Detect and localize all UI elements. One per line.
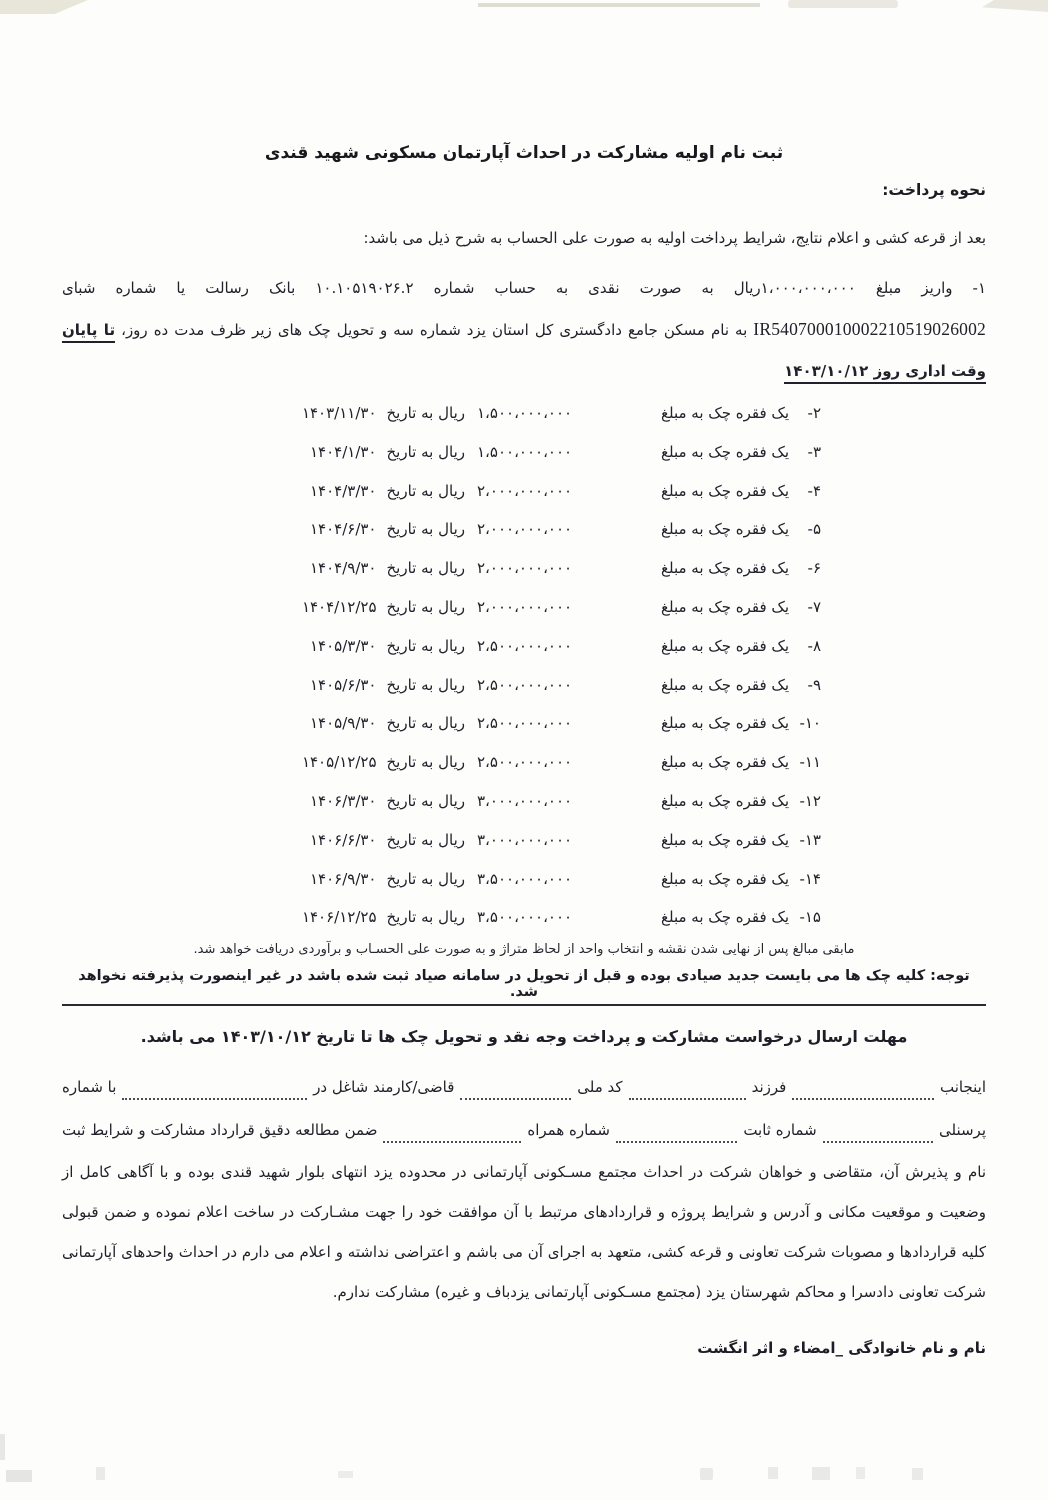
check-row: ۷- یک فقره چک به مبلغ ۲،۰۰۰،۰۰۰،۰۰۰ ریال…: [62, 588, 821, 627]
scan-artifact: [912, 1468, 923, 1480]
check-amount: ۳،۵۰۰،۰۰۰،۰۰۰: [477, 898, 627, 937]
scan-artifact: [478, 3, 760, 7]
check-amount: ۲،۰۰۰،۰۰۰،۰۰۰: [477, 472, 627, 511]
check-amount: ۳،۰۰۰،۰۰۰،۰۰۰: [477, 782, 627, 821]
check-date: ۱۴۰۶/۶/۳۰: [310, 821, 377, 860]
form-line-2: پرسنلی شماره ثابت شماره همراه ضمن مطالعه…: [62, 1109, 986, 1152]
form-line-1: اینجانب فرزند کد ملی قاضی/کارمند شاغل در…: [62, 1066, 986, 1109]
check-label: یک فقره چک به مبلغ: [661, 472, 789, 511]
check-amount: ۱،۵۰۰،۰۰۰،۰۰۰: [477, 433, 627, 472]
check-rial-label: ریال به تاریخ: [387, 627, 466, 666]
check-date: ۱۴۰۶/۹/۳۰: [310, 860, 377, 899]
item1-text-after-iban: به نام مسکن جامع دادگستری کل استان یزد ش…: [115, 321, 753, 339]
check-number: ۵-: [789, 510, 821, 549]
note-remainder: مابقی مبالغ پس از نهایی شدن نقشه و انتخا…: [62, 942, 986, 957]
check-date: ۱۴۰۵/۳/۳۰: [310, 627, 377, 666]
check-row: ۴- یک فقره چک به مبلغ ۲،۰۰۰،۰۰۰،۰۰۰ ریال…: [62, 472, 821, 511]
field-applicant-name: [792, 1086, 934, 1100]
check-date: ۱۴۰۴/۱۲/۲۵: [302, 588, 377, 627]
scan-artifact: [768, 1467, 778, 1479]
landline-label: شماره ثابت: [743, 1109, 816, 1152]
check-rial-label: ریال به تاریخ: [387, 898, 466, 937]
scan-artifact: [0, 1434, 5, 1460]
check-row: ۱۰- یک فقره چک به مبلغ ۲،۵۰۰،۰۰۰،۰۰۰ ریا…: [62, 704, 821, 743]
check-list: ۲- یک فقره چک به مبلغ ۱،۵۰۰،۰۰۰،۰۰۰ ریال…: [62, 394, 821, 937]
check-date: ۱۴۰۳/۱۱/۳۰: [302, 394, 377, 433]
national-id-label: کد ملی: [577, 1066, 622, 1109]
check-row: ۵- یک فقره چک به مبلغ ۲،۰۰۰،۰۰۰،۰۰۰ ریال…: [62, 510, 821, 549]
check-row: ۲- یک فقره چک به مبلغ ۱،۵۰۰،۰۰۰،۰۰۰ ریال…: [62, 394, 821, 433]
check-label: یک فقره چک به مبلغ: [661, 510, 789, 549]
field-landline-number: [616, 1129, 737, 1143]
check-rial-label: ریال به تاریخ: [387, 860, 466, 899]
signature-line: نام و نام خانوادگی _امضاء و اثر انگشت: [62, 1339, 986, 1357]
check-rial-label: ریال به تاریخ: [387, 510, 466, 549]
field-workplace: [122, 1086, 307, 1100]
payment-method-heading: نحوه پرداخت:: [62, 181, 986, 199]
check-row: ۳- یک فقره چک به مبلغ ۱،۵۰۰،۰۰۰،۰۰۰ ریال…: [62, 433, 821, 472]
check-label: یک فقره چک به مبلغ: [661, 898, 789, 937]
check-rial-label: ریال به تاریخ: [387, 472, 466, 511]
check-amount: ۳،۰۰۰،۰۰۰،۰۰۰: [477, 821, 627, 860]
check-rial-label: ریال به تاریخ: [387, 394, 466, 433]
check-number: ۲-: [789, 394, 821, 433]
applicant-label: اینجانب: [940, 1066, 986, 1109]
check-amount: ۱،۵۰۰،۰۰۰،۰۰۰: [477, 394, 627, 433]
check-number: ۴-: [789, 472, 821, 511]
check-amount: ۲،۰۰۰،۰۰۰،۰۰۰: [477, 588, 627, 627]
check-label: یک فقره چک به مبلغ: [661, 743, 789, 782]
check-row: ۹- یک فقره چک به مبلغ ۲،۵۰۰،۰۰۰،۰۰۰ ریال…: [62, 666, 821, 705]
check-label: یک فقره چک به مبلغ: [661, 588, 789, 627]
check-label: یک فقره چک به مبلغ: [661, 433, 789, 472]
check-number: ۳-: [789, 433, 821, 472]
check-amount: ۳،۵۰۰،۰۰۰،۰۰۰: [477, 860, 627, 899]
check-label: یک فقره چک به مبلغ: [661, 782, 789, 821]
scan-artifact: [788, 0, 898, 8]
iban-number: IR540700010002210519026002: [753, 309, 986, 350]
note-attention: توجه: کلیه چک ها می بایست جدید صیادی بود…: [62, 968, 986, 1006]
check-row: ۱۳- یک فقره چک به مبلغ ۳،۰۰۰،۰۰۰،۰۰۰ ریا…: [62, 821, 821, 860]
scan-artifact: [0, 0, 88, 14]
scan-artifact: [856, 1467, 865, 1479]
study-clause-label: ضمن مطالعه دقیق قرارداد مشارکت و شرایط ث…: [62, 1109, 377, 1152]
check-label: یک فقره چک به مبلغ: [661, 549, 789, 588]
scan-artifact: [6, 1470, 32, 1482]
field-mobile-number: [383, 1129, 521, 1143]
field-national-id: [460, 1086, 571, 1100]
check-number: ۸-: [789, 627, 821, 666]
occupation-label: قاضی/کارمند شاغل در: [313, 1066, 454, 1109]
check-rial-label: ریال به تاریخ: [387, 666, 466, 705]
check-label: یک فقره چک به مبلغ: [661, 704, 789, 743]
check-row: ۱۵- یک فقره چک به مبلغ ۳،۵۰۰،۰۰۰،۰۰۰ ریا…: [62, 898, 821, 937]
check-rial-label: ریال به تاریخ: [387, 588, 466, 627]
check-amount: ۲،۵۰۰،۰۰۰،۰۰۰: [477, 704, 627, 743]
check-rial-label: ریال به تاریخ: [387, 549, 466, 588]
field-personnel-number: [823, 1129, 933, 1143]
check-label: یک فقره چک به مبلغ: [661, 821, 789, 860]
scan-artifact: [982, 0, 1048, 12]
scanned-document-page: ثبت نام اولیه مشارکت در احداث آپارتمان م…: [0, 0, 1048, 1500]
check-row: ۸- یک فقره چک به مبلغ ۲،۵۰۰،۰۰۰،۰۰۰ ریال…: [62, 627, 821, 666]
scan-artifact: [96, 1467, 105, 1480]
field-father-name: [629, 1086, 746, 1100]
check-date: ۱۴۰۵/۶/۳۰: [310, 666, 377, 705]
document-title: ثبت نام اولیه مشارکت در احداث آپارتمان م…: [62, 143, 986, 163]
check-date: ۱۴۰۵/۱۲/۲۵: [302, 743, 377, 782]
with-number-label: با شماره: [62, 1066, 116, 1109]
check-date: ۱۴۰۶/۱۲/۲۵: [302, 898, 377, 937]
check-row: ۱۴- یک فقره چک به مبلغ ۳،۵۰۰،۰۰۰،۰۰۰ ریا…: [62, 860, 821, 899]
check-number: ۱۲-: [789, 782, 821, 821]
check-date: ۱۴۰۴/۳/۳۰: [310, 472, 377, 511]
check-label: یک فقره چک به مبلغ: [661, 394, 789, 433]
scan-artifact: [812, 1467, 830, 1480]
account-number: ۱۰.۱۰۵۱۹۰۲۶.۲: [315, 268, 413, 309]
check-number: ۹-: [789, 666, 821, 705]
check-date: ۱۴۰۴/۱/۳۰: [310, 433, 377, 472]
check-number: ۱۴-: [789, 860, 821, 899]
item1-text-after-amount: ریال به صورت نقدی به حساب شماره: [414, 279, 761, 297]
check-rial-label: ریال به تاریخ: [387, 743, 466, 782]
check-row: ۶- یک فقره چک به مبلغ ۲،۰۰۰،۰۰۰،۰۰۰ ریال…: [62, 549, 821, 588]
check-number: ۱۱-: [789, 743, 821, 782]
intro-text: بعد از قرعه کشی و اعلام نتایج، شرایط پرد…: [62, 226, 986, 250]
check-amount: ۲،۵۰۰،۰۰۰،۰۰۰: [477, 743, 627, 782]
check-number: ۱۰-: [789, 704, 821, 743]
personnel-label: پرسنلی: [939, 1109, 986, 1152]
check-rial-label: ریال به تاریخ: [387, 704, 466, 743]
check-rial-label: ریال به تاریخ: [387, 821, 466, 860]
check-label: یک فقره چک به مبلغ: [661, 627, 789, 666]
check-row: ۱۲- یک فقره چک به مبلغ ۳،۰۰۰،۰۰۰،۰۰۰ ریا…: [62, 782, 821, 821]
check-date: ۱۴۰۶/۳/۳۰: [310, 782, 377, 821]
check-amount: ۲،۵۰۰،۰۰۰،۰۰۰: [477, 666, 627, 705]
check-number: ۱۳-: [789, 821, 821, 860]
deposit-amount: ۱،۰۰۰،۰۰۰،۰۰۰: [761, 268, 856, 309]
scan-artifact: [700, 1468, 713, 1480]
check-date: ۱۴۰۵/۹/۳۰: [310, 704, 377, 743]
father-label: فرزند: [752, 1066, 787, 1109]
check-rial-label: ریال به تاریخ: [387, 433, 466, 472]
check-label: یک فقره چک به مبلغ: [661, 860, 789, 899]
scan-artifact: [338, 1471, 353, 1478]
submission-deadline-heading: مهلت ارسال درخواست مشارکت و پرداخت وجه ن…: [62, 1027, 986, 1046]
check-amount: ۲،۰۰۰،۰۰۰،۰۰۰: [477, 549, 627, 588]
item1-bank-text: بانک رسالت یا شماره شبای: [62, 279, 315, 297]
check-row: ۱۱- یک فقره چک به مبلغ ۲،۵۰۰،۰۰۰،۰۰۰ ریا…: [62, 743, 821, 782]
payment-item-1: ۱- واریز مبلغ ۱،۰۰۰،۰۰۰،۰۰۰ریال به صورت …: [62, 268, 986, 392]
check-rial-label: ریال به تاریخ: [387, 782, 466, 821]
check-amount: ۲،۰۰۰،۰۰۰،۰۰۰: [477, 510, 627, 549]
check-number: ۷-: [789, 588, 821, 627]
agreement-text: نام و پذیرش آن، متقاضی و خواهان شرکت در …: [62, 1152, 986, 1312]
check-label: یک فقره چک به مبلغ: [661, 666, 789, 705]
check-date: ۱۴۰۴/۹/۳۰: [310, 549, 377, 588]
item1-text-before-amount: ۱- واریز مبلغ: [856, 279, 986, 297]
check-date: ۱۴۰۴/۶/۳۰: [310, 510, 377, 549]
check-number: ۶-: [789, 549, 821, 588]
check-amount: ۲،۵۰۰،۰۰۰،۰۰۰: [477, 627, 627, 666]
mobile-label: شماره همراه: [527, 1109, 610, 1152]
check-number: ۱۵-: [789, 898, 821, 937]
